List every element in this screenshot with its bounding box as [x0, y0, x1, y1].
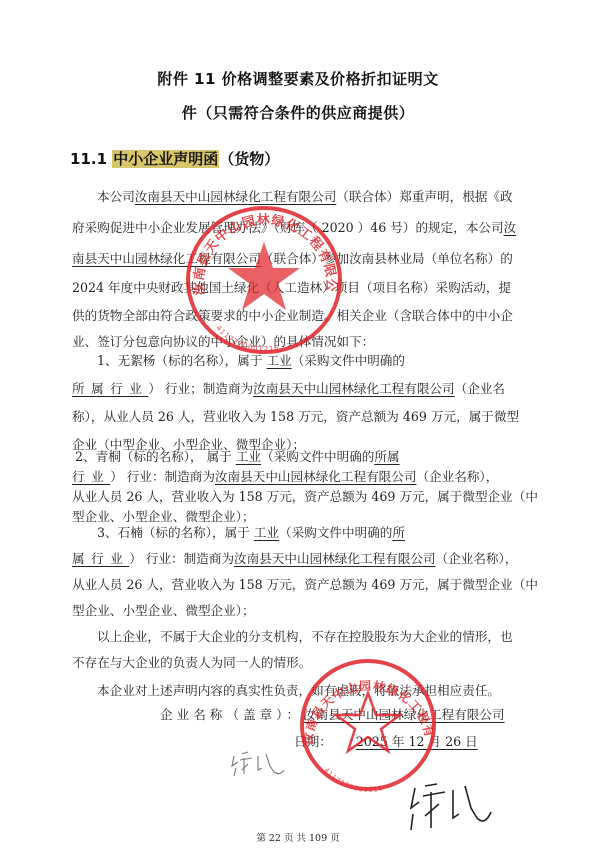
handwritten-signature-small-icon: [230, 748, 290, 780]
page-number: 第 22 页 共 109 页: [0, 830, 596, 844]
company-name: 汝南县天中山园林绿化工程有限公司: [135, 189, 337, 204]
item-3-line-2: 属行业） 行业：制造商为汝南县天中山园林绿化工程有限公司（企业名称），: [72, 548, 517, 567]
date-value: 2025 年 12 月 26 日: [356, 734, 478, 749]
company-signature-line: 企业名称（盖章）：汝南县天中山园林绿化工程有限公司: [160, 704, 505, 723]
item-3-line-1: 3、石楠（标的名称），属于 工业（采购文件中明确的所: [97, 522, 405, 541]
section-number: 11.1: [70, 150, 107, 168]
section-highlight: 中小企业声明函: [112, 150, 219, 168]
item-2-line-3: 从业人员 26 人，营业收入为 158 万元，资产总额为 469 万元，属于微型…: [72, 486, 538, 505]
intro-line-4: 2024 年度中央财政其他国土绿化（人工造林）项目（项目名称）采购活动，提: [72, 277, 511, 296]
section-heading: 11.1 中小企业声明函（货物）: [70, 148, 279, 169]
document-title-line2: 件（只需符合条件的供应商提供）: [0, 102, 596, 123]
company-name-label: 企业名称（盖章）：: [160, 707, 303, 722]
item-1-line-3: 称），从业人员 26 人，营业收入为 158 万元，资产总额为 469 万元，属…: [72, 406, 519, 425]
closing-line-2: 不存在与大企业的负责人为同一人的情形。: [72, 652, 311, 671]
item-3-line-4: 型企业、小型企业、微型企业）；: [72, 600, 255, 619]
date-line: 日期： 2025 年 12 月 26 日: [294, 731, 478, 750]
document-title-line1: 附件 11 价格调整要素及价格折扣证明文: [0, 68, 596, 89]
company-seal-stamp-icon-2: 汝南县天中山园林绿化工程有限公司 4117270001216: [286, 655, 456, 795]
svg-text:4117270001216: 4117270001216: [322, 766, 384, 794]
intro-line-6: 业、签订分包意向协议的中小企业）的具体情况如下：: [72, 331, 374, 350]
date-label: 日期：: [294, 734, 332, 749]
item-2-line-2: 行业） 行业：制造商为汝南县天中山园林绿化工程有限公司（企业名称），: [72, 466, 498, 485]
intro-line-1: 本公司汝南县天中山园林绿化工程有限公司（联合体）郑重声明，根据《政: [97, 186, 513, 205]
intro-line-2: 府采购促进中小企业发展管理办法》（财库（ 2020 ）46 号）的规定，本公司汝: [72, 217, 516, 236]
closing-line-3: 本企业对上述声明内容的真实性负责，如有虚假，将依法承担相应责任。: [97, 680, 500, 699]
document-page: 附件 11 价格调整要素及价格折扣证明文 件（只需符合条件的供应商提供） 11.…: [0, 0, 596, 864]
handwritten-signature-large-icon: [405, 778, 495, 838]
intro-line-3: 南县天中山园林绿化工程有限公司（联合体）参加汝南县林业局（单位名称）的: [72, 248, 513, 267]
item-3-line-3: 从业人员 26 人，营业收入为 158 万元，资产总额为 469 万元，属于微型…: [72, 574, 538, 593]
closing-line-1: 以上企业，不属于大企业的分支机构，不存在控股股东为大企业的情形，也: [97, 626, 513, 645]
item-1-line-1: 1、无絮杨（标的名称），属于 工业（采购文件中明确的: [97, 350, 405, 369]
section-suffix: （货物）: [219, 150, 279, 168]
item-2-line-1: 2、青桐（标的名称）， 属于 工业（采购文件中明确的所属: [75, 446, 400, 465]
intro-line-5: 供的货物全部由符合政策要求的中小企业制造。相关企业（含联合体中的中小企: [72, 305, 513, 324]
item-1-line-2: 所属行业） 行业；制造商为汝南县天中山园林绿化工程有限公司（企业名: [72, 378, 505, 397]
company-name-value: 汝南县天中山园林绿化工程有限公司: [303, 707, 505, 722]
